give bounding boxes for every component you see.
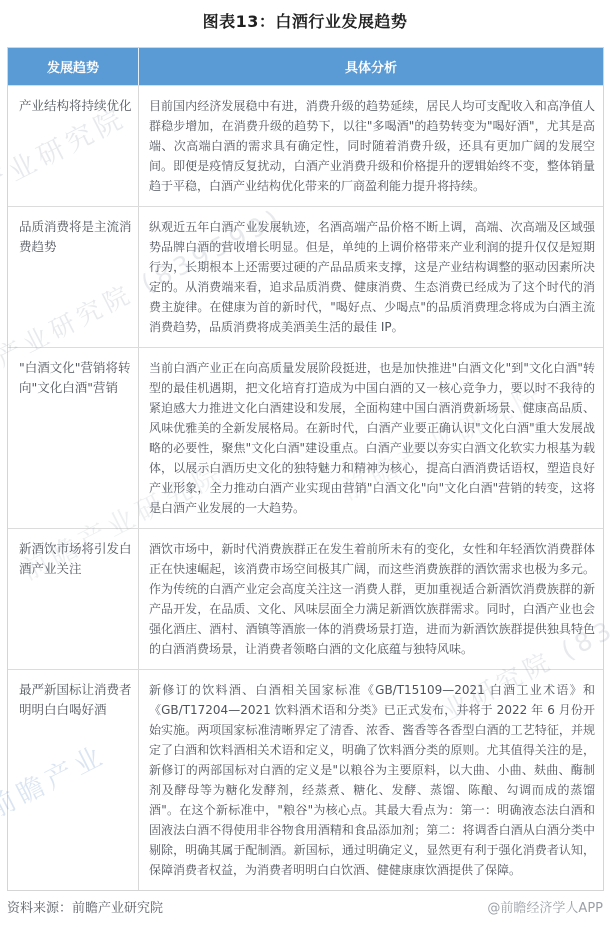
analysis-cell: 目前国内经济发展稳中有进，消费升级的趋势延续，居民人均可支配收入和高净值人群稳步…: [139, 86, 603, 206]
credit-label: @前瞻经济学人APP: [487, 897, 603, 916]
table-row: "白酒文化"营销将转向"文化白酒"营销 当前白酒产业正在向高质量发展阶段挺进，也…: [8, 347, 603, 528]
footer: 资料来源：前瞻产业研究院 @前瞻经济学人APP: [7, 897, 603, 916]
figure-title: 图表13：白酒行业发展趋势: [0, 9, 610, 32]
analysis-cell: 新修订的饮料酒、白酒相关国家标准《GB/T15109—2021 白酒工业术语》和…: [139, 670, 603, 890]
analysis-cell: 酒饮市场中，新时代消费族群正在发生着前所未有的变化，女性和年轻酒饮消费群体正在快…: [139, 529, 603, 669]
table-row: 新酒饮市场将引发白酒产业关注 酒饮市场中，新时代消费族群正在发生着前所未有的变化…: [8, 528, 603, 669]
table-header-row: 发展趋势 具体分析: [8, 48, 603, 85]
analysis-cell: 当前白酒产业正在向高质量发展阶段挺进，也是加快推进"白酒文化"到"文化白酒"转型…: [139, 348, 603, 528]
trends-table: 发展趋势 具体分析 产业结构将持续优化 目前国内经济发展稳中有进，消费升级的趋势…: [7, 47, 604, 891]
trend-cell: 产业结构将持续优化: [8, 86, 139, 206]
trend-cell: 品质消费将是主流消费趋势: [8, 207, 139, 347]
table-row: 最严新国标让消费者明明白白喝好酒 新修订的饮料酒、白酒相关国家标准《GB/T15…: [8, 669, 603, 890]
header-cell-analysis: 具体分析: [139, 57, 603, 76]
header-cell-trend: 发展趋势: [8, 48, 139, 85]
source-label: 资料来源：前瞻产业研究院: [7, 897, 163, 916]
table-row: 品质消费将是主流消费趋势 纵观近五年白酒产业发展轨迹，名酒高端产品价格不断上调，…: [8, 206, 603, 347]
trend-cell: "白酒文化"营销将转向"文化白酒"营销: [8, 348, 139, 528]
analysis-cell: 纵观近五年白酒产业发展轨迹，名酒高端产品价格不断上调，高端、次高端及区域强势品牌…: [139, 207, 603, 347]
trend-cell: 新酒饮市场将引发白酒产业关注: [8, 529, 139, 669]
table-row: 产业结构将持续优化 目前国内经济发展稳中有进，消费升级的趋势延续，居民人均可支配…: [8, 85, 603, 206]
trend-cell: 最严新国标让消费者明明白白喝好酒: [8, 670, 139, 890]
